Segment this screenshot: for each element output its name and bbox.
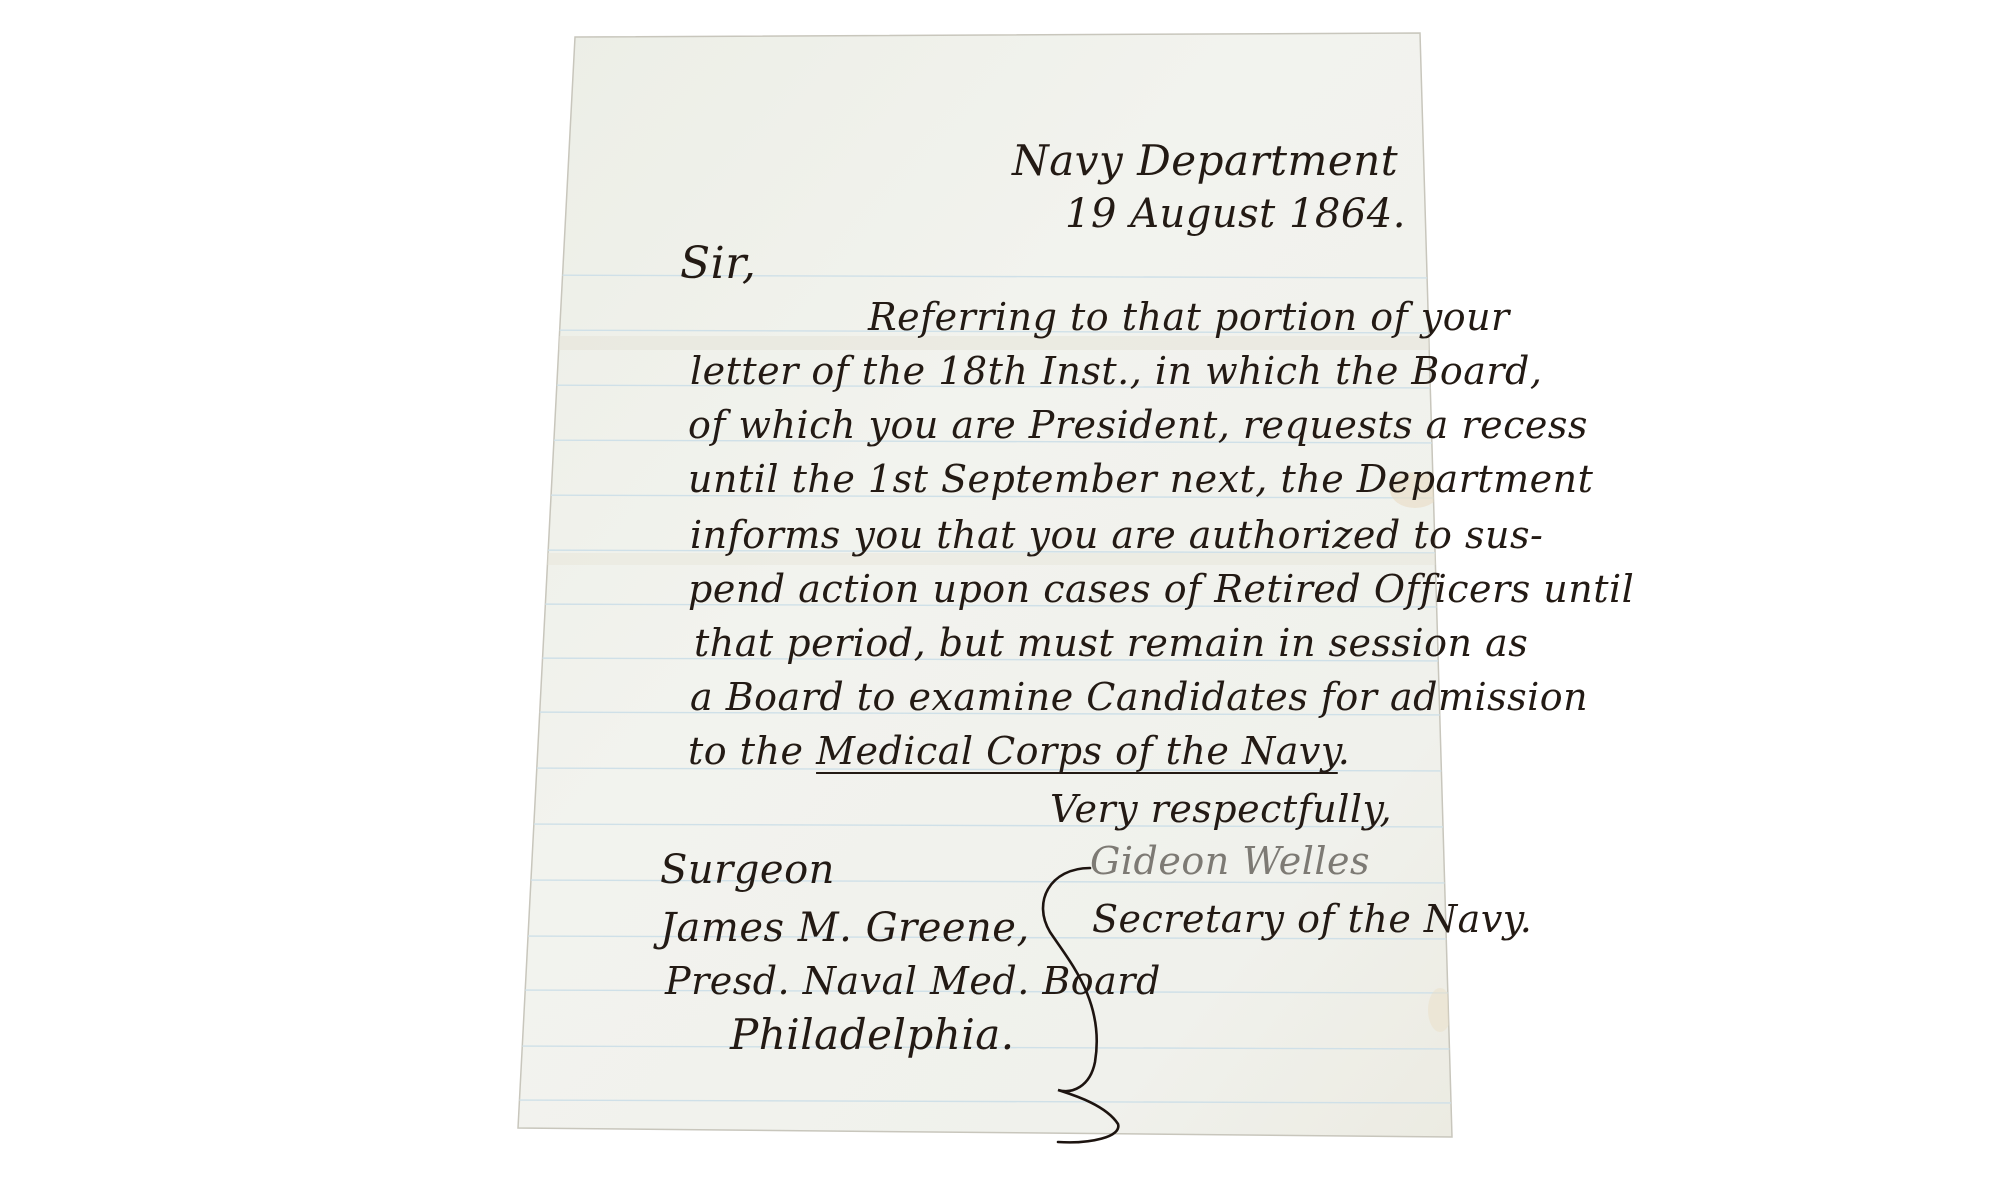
body-line-1: Referring to that portion of your xyxy=(868,298,1510,336)
closing-period: . xyxy=(1338,729,1351,773)
body-line-5: informs you that you are authorized to s… xyxy=(690,516,1543,554)
addressee-title: Surgeon xyxy=(660,850,835,890)
flourish-brace-icon xyxy=(1010,862,1130,1152)
underlined-phrase: Medical Corps of the Navy xyxy=(816,729,1338,773)
closing: Very respectfully, xyxy=(1050,790,1392,828)
letter-photo: Navy Department 19 August 1864. Sir, Ref… xyxy=(0,0,2000,1183)
addressee-name: James M. Greene, xyxy=(660,908,1030,948)
body-line-9: to the Medical Corps of the Navy. xyxy=(688,732,1350,770)
salutation: Sir, xyxy=(680,242,756,286)
addressee-city: Philadelphia. xyxy=(730,1014,1015,1056)
heading-date: 19 August 1864. xyxy=(1065,194,1406,234)
body-line-4: until the 1st September next, the Depart… xyxy=(688,460,1593,498)
body-line-7: that period, but must remain in session … xyxy=(694,624,1528,662)
body-line-6: pend action upon cases of Retired Office… xyxy=(688,570,1634,608)
body-line-3: of which you are President, requests a r… xyxy=(688,406,1588,444)
body-line-8: a Board to examine Candidates for admiss… xyxy=(690,678,1588,716)
signer-title: Secretary of the Navy. xyxy=(1092,900,1532,938)
heading-place: Navy Department xyxy=(1012,140,1398,182)
body-line-2: letter of the 18th Inst., in which the B… xyxy=(690,352,1542,390)
body-line-9-start: to the xyxy=(688,729,803,773)
signature: Gideon Welles xyxy=(1090,842,1370,880)
